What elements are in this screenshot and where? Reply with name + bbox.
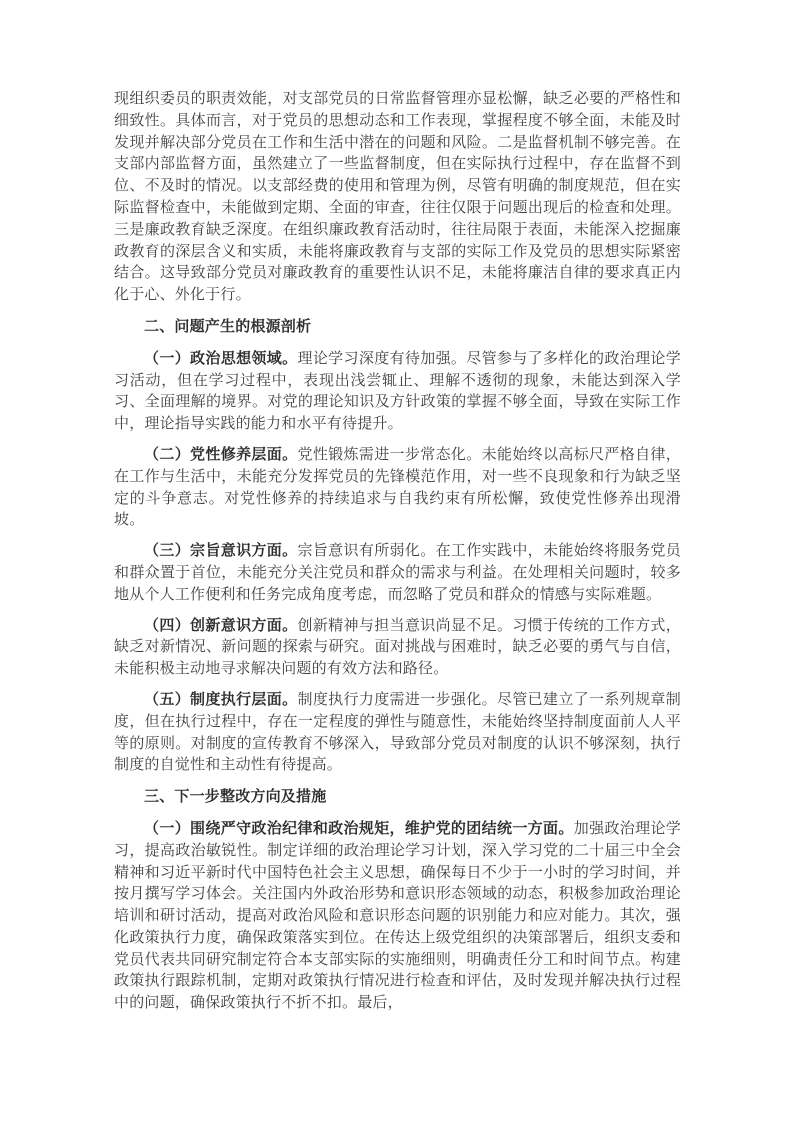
document-page: 现组织委员的职责效能，对支部党员的日常监督管理亦显松懈，缺乏必要的严格性和细致性…: [0, 0, 793, 1122]
paragraph-innovation-awareness: （四）创新意识方面。创新精神与担当意识尚显不足。习惯于传统的工作方式，缺乏对新情…: [114, 616, 681, 681]
paragraph-lead: （三）宗旨意识方面。: [144, 543, 297, 559]
paragraph-system-execution: （五）制度执行层面。制度执行力度需进一步强化。尽管已建立了一系列规章制度，但在执…: [114, 690, 681, 777]
paragraph-purpose-awareness: （三）宗旨意识方面。宗旨意识有所弱化。在工作实践中，未能始终将服务党员和群众置于…: [114, 541, 681, 606]
paragraph-party-spirit: （二）党性修养层面。党性锻炼需进一步常态化。未能始终以高标尺严格自律，在工作与生…: [114, 445, 681, 532]
paragraph-lead: （四）创新意识方面。: [144, 618, 297, 634]
paragraph-text: 加强政治理论学习，提高政治敏锐性。制定详细的政治理论学习计划，深入学习党的二十届…: [114, 821, 681, 1011]
paragraph-lead: （一）政治思想领域。: [144, 351, 297, 367]
paragraph-political-discipline: （一）围绕严守政治纪律和政治规矩，维护党的团结统一方面。加强政治理论学习，提高政…: [114, 819, 681, 1015]
paragraph-lead: （二）党性修养层面。: [144, 447, 297, 463]
paragraph-continuation: 现组织委员的职责效能，对支部党员的日常监督管理亦显松懈，缺乏必要的严格性和细致性…: [114, 89, 681, 307]
paragraph-political-thought: （一）政治思想领域。理论学习深度有待加强。尽管参与了多样化的政治理论学习活动，但…: [114, 349, 681, 436]
paragraph-lead: （一）围绕严守政治纪律和政治规矩，维护党的团结统一方面。: [144, 821, 574, 837]
section-heading-root-cause: 二、问题产生的根源剖析: [114, 317, 681, 339]
paragraph-text: 现组织委员的职责效能，对支部党员的日常监督管理亦显松懈，缺乏必要的严格性和细致性…: [114, 91, 681, 303]
heading-text: 二、问题产生的根源剖析: [144, 319, 311, 335]
document-body: 现组织委员的职责效能，对支部党员的日常监督管理亦显松懈，缺乏必要的严格性和细致性…: [114, 89, 681, 1015]
section-heading-rectification: 三、下一步整改方向及措施: [114, 787, 681, 809]
paragraph-lead: （五）制度执行层面。: [144, 692, 297, 708]
heading-text: 三、下一步整改方向及措施: [144, 789, 326, 805]
